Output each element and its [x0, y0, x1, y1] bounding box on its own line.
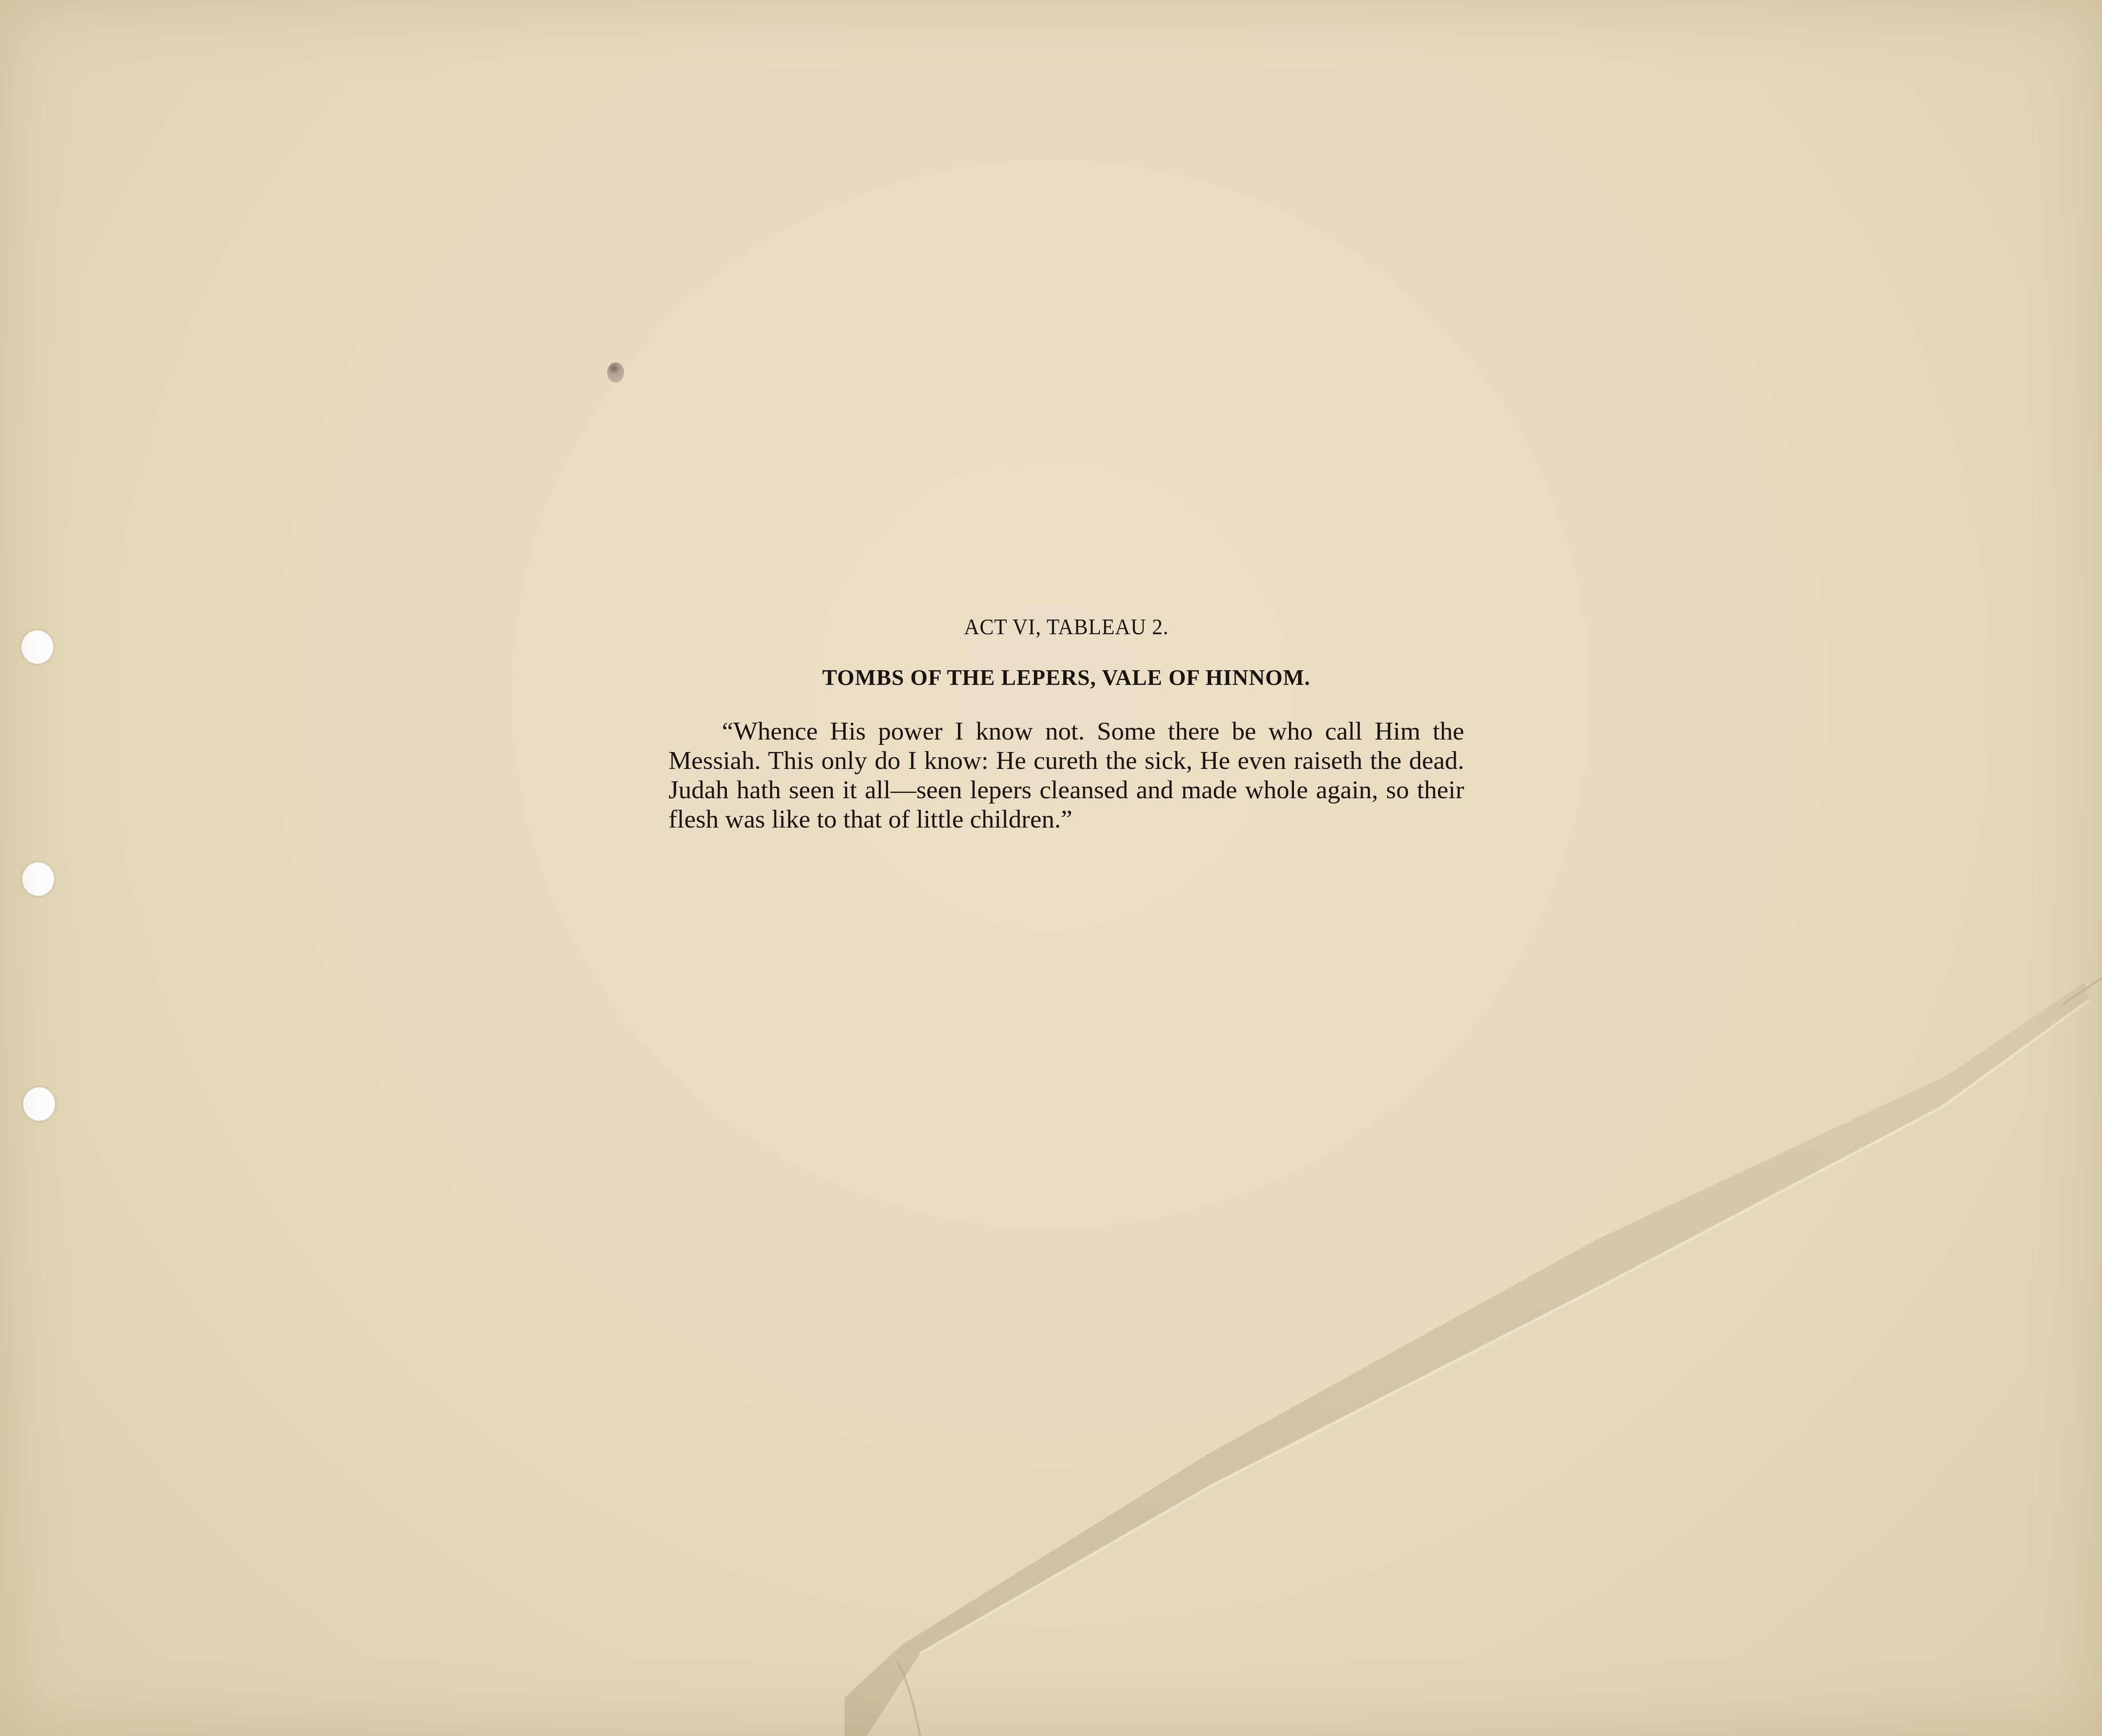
stain-spot	[607, 362, 624, 383]
scene-title: TOMBS OF THE LEPERS, VALE OF HINNOM.	[669, 660, 1464, 695]
act-heading: ACT VI, TABLEAU 2.	[689, 609, 1445, 644]
document-page: ACT VI, TABLEAU 2. TOMBS OF THE LEPERS, …	[0, 0, 2102, 1736]
quote-paragraph: “Whence His power I know not. Some there…	[669, 716, 1464, 834]
punch-hole-top	[21, 630, 53, 664]
text-block: ACT VI, TABLEAU 2. TOMBS OF THE LEPERS, …	[669, 609, 1464, 834]
punch-hole-middle	[22, 862, 54, 896]
fold-crease	[845, 933, 2102, 1736]
punch-hole-bottom	[23, 1087, 55, 1121]
